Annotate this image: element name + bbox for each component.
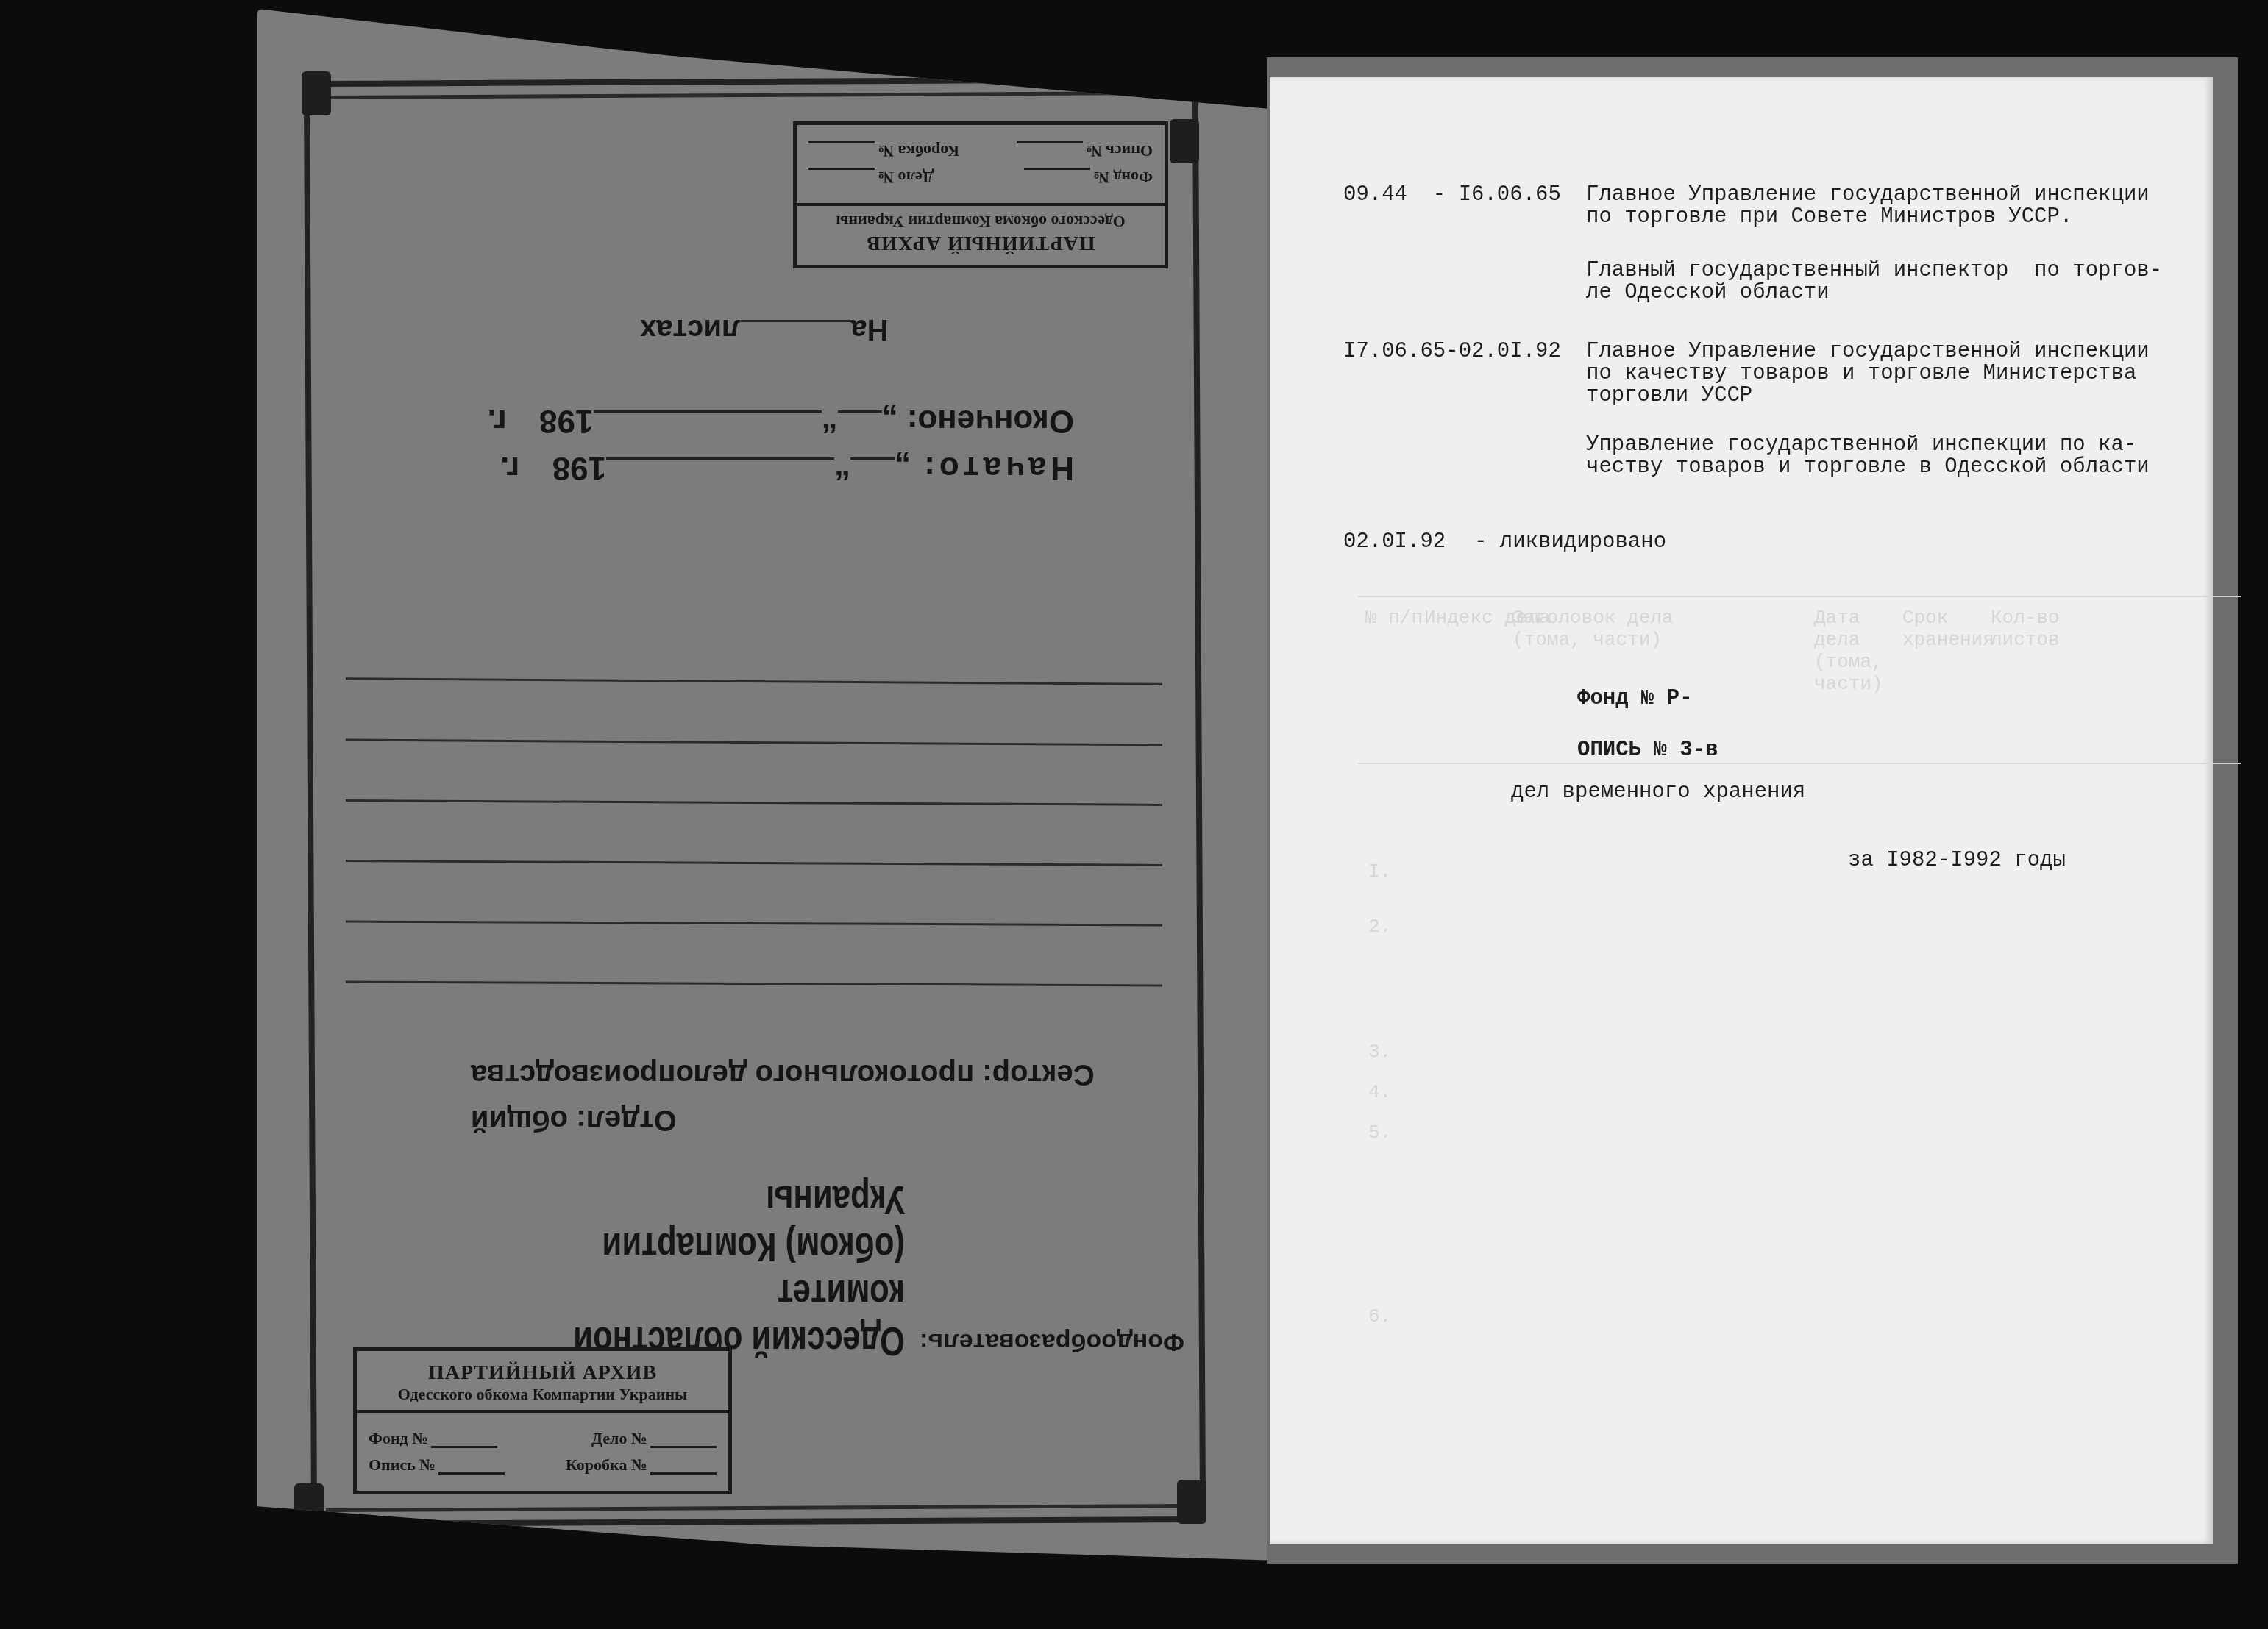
frame-corner: [1170, 119, 1199, 163]
opis-subtitle: дел временного хранения: [1511, 781, 1805, 803]
opis-number: ОПИСЬ № 3-в: [1577, 739, 1718, 761]
started-row: Начато: „“198 г.: [471, 444, 1074, 491]
opis-field[interactable]: [438, 1458, 505, 1475]
delo-label: Дело №: [591, 1429, 647, 1448]
fond-label: Фонд №: [1093, 168, 1153, 187]
bleedthrough-row-num: 6.: [1368, 1305, 1391, 1327]
korobka-label: Коробка №: [566, 1455, 647, 1475]
quote-close: “: [834, 450, 850, 486]
otdel-value: общий: [471, 1104, 568, 1136]
history-name: Главное Управление государственной инспе…: [1586, 184, 2150, 228]
bleedthrough-row-num: I.: [1368, 860, 1391, 883]
date-range-block: Начато: „“198 г. Окончено: „“198 г.: [471, 397, 1074, 491]
year-prefix: 198: [552, 450, 606, 486]
opis-label: Опись №: [1086, 141, 1153, 160]
started-day-field[interactable]: [850, 457, 895, 460]
bleedthrough-row-num: 4.: [1368, 1081, 1391, 1103]
fond-field[interactable]: [431, 1431, 497, 1448]
fund-creator-line2: (обком) Компартии Украины: [520, 1177, 905, 1271]
ended-day-field[interactable]: [838, 410, 882, 413]
frame-corner: [302, 71, 331, 115]
sheets-prefix: На: [850, 313, 888, 346]
delo-label: Дело №: [878, 168, 934, 187]
sektor-row: Сектор: протокольного делопроизводства: [471, 1052, 1140, 1097]
bleedthrough-row-num: 5.: [1368, 1122, 1391, 1144]
department-block: Отдел: общий Сектор: протокольного делоп…: [471, 1052, 1140, 1143]
sektor-value: протокольного делопроизводства: [471, 1058, 974, 1091]
delo-field[interactable]: [808, 168, 875, 185]
frame-corner: [294, 1483, 324, 1528]
bleedthrough-header: Срок хранения: [1902, 607, 1976, 651]
bleedthrough-header: Заголовок дела (тома, части): [1512, 607, 1733, 651]
ended-month-field[interactable]: [594, 410, 822, 413]
history-date: I7.06.65-02.0I.92: [1343, 341, 1561, 363]
opis-label: Опись №: [369, 1455, 436, 1475]
sheets-count-line: Налистах: [640, 313, 888, 346]
delo-field[interactable]: [650, 1431, 717, 1448]
stamp-subtitle: Одесского обкома Компартии Украины: [804, 212, 1157, 231]
otdel-row: Отдел: общий: [471, 1097, 1140, 1143]
fond-label: Фонд №: [369, 1429, 428, 1448]
sektor-label: Сектор:: [982, 1058, 1094, 1091]
quote-close: “: [822, 403, 838, 439]
stamp-title: ПАРТИЙНЫЙ АРХИВ: [804, 231, 1157, 254]
bleedthrough-header: Кол-во листов: [1991, 607, 2079, 651]
fund-creator-block: Фондообразователь: Одесский областной ко…: [412, 1177, 1184, 1365]
year-suffix: г.: [487, 403, 506, 439]
fond-number: Фонд № Р-: [1577, 688, 1693, 710]
quote-open: „: [882, 403, 898, 439]
bleedthrough-row-num: 3.: [1368, 1041, 1391, 1063]
sheets-suffix: листах: [640, 313, 740, 346]
fond-field[interactable]: [1024, 168, 1090, 185]
year-suffix: г.: [500, 450, 519, 486]
history-name: Главный государственный инспектор по тор…: [1586, 260, 2162, 304]
sheets-count-field[interactable]: [740, 320, 850, 322]
opis-period: за I982-I992 годы: [1848, 849, 2066, 871]
fund-creator-label: Фондообразователь:: [920, 1327, 1184, 1365]
history-date: 09.44 - I6.06.65: [1343, 184, 1561, 206]
otdel-label: Отдел:: [576, 1104, 677, 1136]
archive-stamp-bottom: ПАРТИЙНЫЙ АРХИВ Одесского обкома Компарт…: [353, 1347, 732, 1494]
quote-open: „: [895, 450, 911, 486]
bleedthrough-row-num: 2.: [1368, 916, 1391, 938]
frame-corner: [1177, 1480, 1206, 1524]
bleedthrough-header: Дата дела (тома, части): [1814, 607, 1895, 695]
history-name: Управление государственной инспекции по …: [1586, 434, 2150, 478]
liquidation-date: 02.0I.92: [1343, 531, 1446, 553]
year-prefix: 198: [539, 403, 593, 439]
stamp-subtitle: Одесского обкома Компартии Украины: [364, 1385, 721, 1404]
liquidation-text: - ликвидировано: [1474, 531, 1666, 553]
ended-row: Окончено: „“198 г.: [471, 397, 1074, 444]
opis-field[interactable]: [1017, 141, 1083, 158]
korobka-field[interactable]: [808, 141, 875, 158]
bleedthrough-header: № п/п: [1365, 607, 1423, 629]
korobka-field[interactable]: [650, 1458, 717, 1475]
started-month-field[interactable]: [606, 457, 834, 460]
stamp-title: ПАРТИЙНЫЙ АРХИВ: [364, 1361, 721, 1385]
history-name: Главное Управление государственной инспе…: [1586, 341, 2150, 407]
ended-label: Окончено:: [907, 403, 1074, 439]
started-label: Начато:: [920, 450, 1074, 486]
archive-stamp-top: ПАРТИЙНЫЙ АРХИВ Одесского обкома Компарт…: [793, 121, 1168, 268]
korobka-label: Коробка №: [878, 141, 959, 160]
